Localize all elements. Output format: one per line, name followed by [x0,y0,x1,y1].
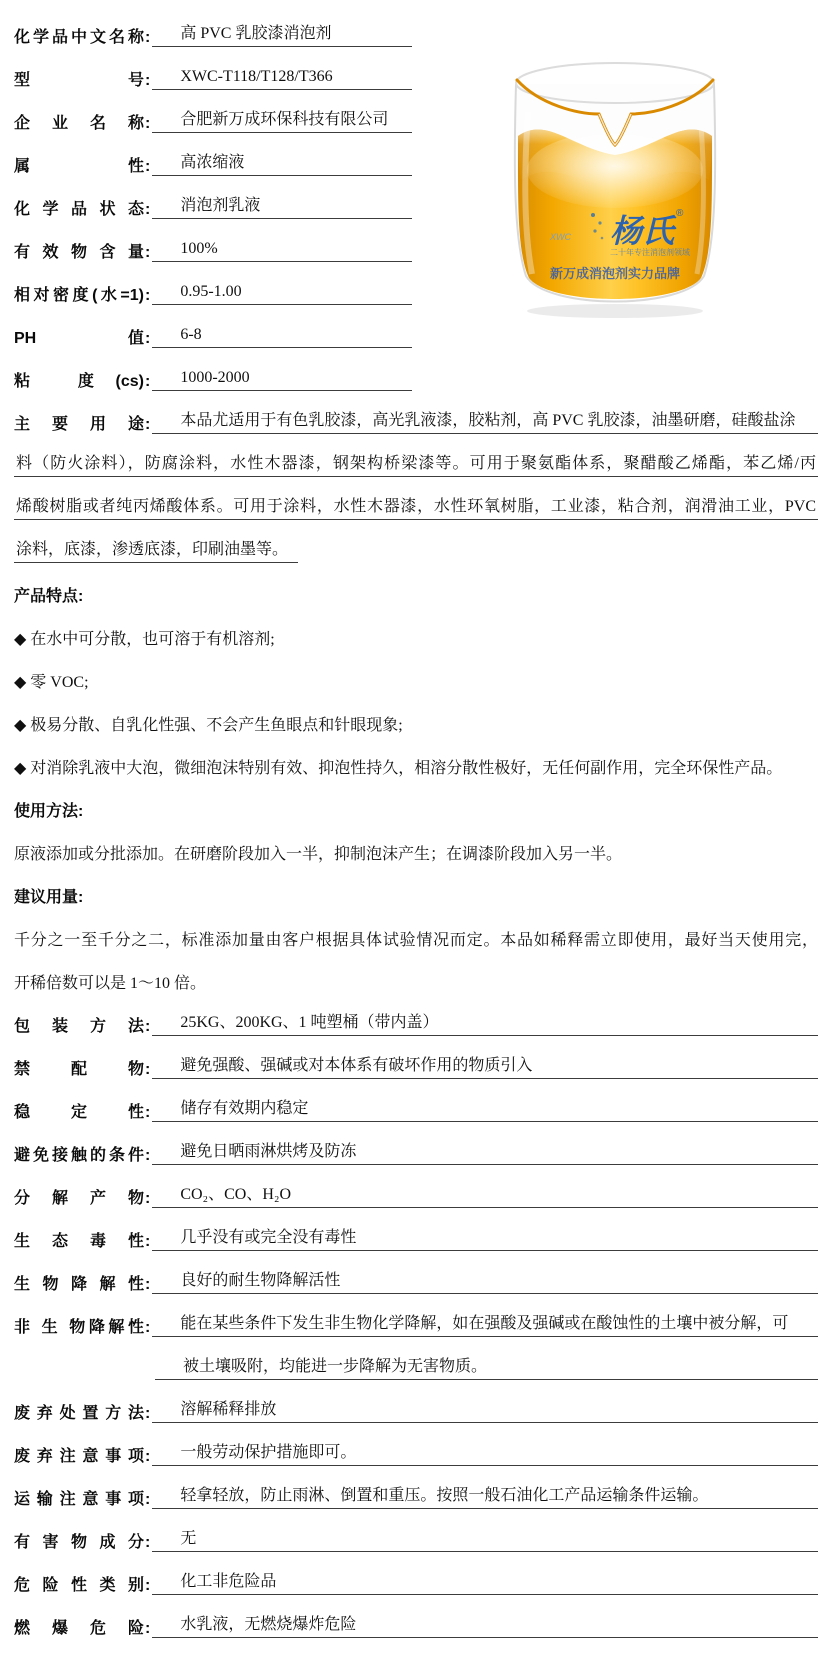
field-colon: : [144,1018,152,1036]
usage-method-text-row: 原液添加或分批添加。在研磨阶段加入一半，抑制泡沫产生；在调漆阶段加入另一半。 [14,821,818,864]
field-colon: : [144,287,152,305]
field-row-conditions-to-avoid: 避免接触的条件: 避免日晒雨淋烘烤及防冻 [14,1122,818,1165]
dosage-line-2-row: 开稀倍数可以是 1～10 倍。 [14,950,818,993]
field-row-fire-explosion-hazard: 燃 爆 危 险: 水乳液，无燃烧爆炸危险 [14,1595,818,1638]
usage-line-3: 烯酸树脂或者纯丙烯酸体系。可用于涂料，水性木器漆，水性环氧树脂，工业漆，粘合剂，… [14,498,818,520]
field-row-hazardous-components: 有 害 物 成 分: 无 [14,1509,818,1552]
usage-line-2-row: 料（防火涂料），防腐涂料，水性木器漆，钢架构桥梁漆等。可用于聚氨酯体系，聚醋酸乙… [14,434,818,477]
field-label: 生 态 毒 性 [14,1233,144,1251]
field-value: CO₂、CO、H₂O [152,1186,818,1208]
field-colon: : [144,1104,152,1122]
field-row-hazard-class: 危 险 性 类 别: 化工非危险品 [14,1552,818,1595]
field-colon: : [144,1061,152,1079]
field-value: 避免日晒雨淋烘烤及防冻 [152,1143,818,1165]
field-label: 化学品中文名称 [14,29,144,47]
field-label: PH 值 [14,330,144,348]
field-row-nonbio-degradability: 非 生 物降解性: 能在某些条件下发生非生物化学降解，如在强酸及强碱或在酸蚀性的… [14,1294,818,1337]
dosage-line-1-row: 千分之一至千分之二，标准添加量由客户根据具体试验情况而定。本品如稀释需立即使用，… [14,907,818,950]
dosage-heading: 建议用量: [14,864,818,907]
field-colon: : [144,244,152,262]
usage-method-text: 原液添加或分批添加。在研磨阶段加入一半，抑制泡沫产生；在调漆阶段加入另一半。 [14,846,622,864]
feature-bullet-text: ◆ 极易分散、自乳化性强、不会产生鱼眼点和针眼现象; [14,717,403,735]
field-colon: : [144,373,152,391]
field-label: 非 生 物降解性 [14,1319,144,1337]
field-value: 0.95-1.00 [152,283,412,305]
feature-bullet-text: ◆ 在水中可分散，也可溶于有机溶剂; [14,631,275,649]
beaker-shadow [527,304,703,318]
field-row-nonbio-degradability-cont: 被土壤吸附，均能进一步降解为无害物质。 [14,1337,818,1380]
features-heading: 产品特点: [14,563,818,606]
field-label: 相对密度(水=1) [14,287,144,305]
field-label: 企 业 名 称 [14,115,144,133]
field-value: 一般劳动保护措施即可。 [152,1444,818,1466]
field-row-transport-precautions: 运输注意事项: 轻拿轻放，防止雨淋、倒置和重压。按照一般石油化工产品运输条件运输… [14,1466,818,1509]
field-label: 生 物 降 解 性 [14,1276,144,1294]
usage-line-2: 料（防火涂料），防腐涂料，水性木器漆，钢架构桥梁漆等。可用于聚氨酯体系，聚醋酸乙… [14,455,818,477]
field-value: 几乎没有或完全没有毒性 [152,1229,818,1251]
field-label: 稳 定 性 [14,1104,144,1122]
field-label: 运输注意事项 [14,1491,144,1509]
field-colon: : [144,1448,152,1466]
field-row-packaging: 包 装 方 法: 25KG、200KG、1 吨塑桶（带内盖） [14,993,818,1036]
feature-bullet-2: ◆ 零 VOC; [14,649,818,692]
field-label: 有 效 物 含 量 [14,244,144,262]
field-row-disposal-precautions: 废弃注意事项: 一般劳动保护措施即可。 [14,1423,818,1466]
field-value: 消泡剂乳液 [152,197,412,219]
field-label: 属 性 [14,158,144,176]
field-value: 6-8 [152,326,412,348]
field-colon: : [144,1233,152,1251]
field-colon: : [144,29,152,47]
field-value: 溶解稀释排放 [152,1401,818,1423]
field-value: 1000-2000 [152,369,412,391]
field-colon: : [144,115,152,133]
features-heading-text: 产品特点: [14,588,83,606]
usage-line-1: 本品尤适用于有色乳胶漆，高光乳液漆，胶粘剂，高 PVC 乳胶漆，油墨研磨，硅酸盐… [152,412,818,434]
field-value: 轻拿轻放，防止雨淋、倒置和重压。按照一般石油化工产品运输条件运输。 [152,1487,818,1509]
watermark-xwc-text: XWC [549,232,571,242]
field-row-chemical-name: 化学品中文名称: 高 PVC 乳胶漆消泡剂 [14,4,818,47]
field-label: 包 装 方 法 [14,1018,144,1036]
field-colon: : [144,1190,152,1208]
usage-method-heading: 使用方法: [14,778,818,821]
field-value: 100% [152,240,412,262]
usage-method-heading-text: 使用方法: [14,803,83,821]
field-colon: : [144,1319,152,1337]
product-beaker-image: XWC 杨氏 ® 二十年专注消泡剂领域 新万成消泡剂实力品牌 [498,52,732,322]
field-value: 水乳液，无燃烧爆炸危险 [152,1616,818,1638]
field-colon: : [144,1147,152,1165]
field-label: 禁 配 物 [14,1061,144,1079]
field-row-viscosity: 粘 度(cs): 1000-2000 [14,348,818,391]
field-label: 主 要 用 途 [14,416,144,434]
usage-line-4-row: 涂料，底漆，渗透底漆，印刷油墨等。 [14,520,818,563]
brand-banner-text: 新万成消泡剂实力品牌 [550,266,680,281]
feature-bullet-3: ◆ 极易分散、自乳化性强、不会产生鱼眼点和针眼现象; [14,692,818,735]
field-colon: : [144,330,152,348]
field-value: 高 PVC 乳胶漆消泡剂 [152,25,412,47]
brand-tagline-text: 二十年专注消泡剂领域 [610,247,690,257]
field-row-biodegradability: 生 物 降 解 性: 良好的耐生物降解活性 [14,1251,818,1294]
usage-line-3-row: 烯酸树脂或者纯丙烯酸体系。可用于涂料，水性木器漆，水性环氧树脂，工业漆，粘合剂，… [14,477,818,520]
field-value: 化工非危险品 [152,1573,818,1595]
field-row-decomposition-products: 分 解 产 物: CO₂、CO、H₂O [14,1165,818,1208]
field-value: 25KG、200KG、1 吨塑桶（带内盖） [152,1014,818,1036]
field-row-ecotoxicity: 生 态 毒 性: 几乎没有或完全没有毒性 [14,1208,818,1251]
field-colon: : [144,1577,152,1595]
field-row-main-usage: 主 要 用 途: 本品尤适用于有色乳胶漆，高光乳液漆，胶粘剂，高 PVC 乳胶漆… [14,391,818,434]
usage-line-4: 涂料，底漆，渗透底漆，印刷油墨等。 [14,541,298,563]
field-label: 废弃注意事项 [14,1448,144,1466]
feature-bullet-text: ◆ 零 VOC; [14,674,89,692]
field-value: 高浓缩液 [152,154,412,176]
field-colon: : [144,158,152,176]
field-value: 避免强酸、强碱或对本体系有破坏作用的物质引入 [152,1057,818,1079]
field-value-line-1: 能在某些条件下发生非生物化学降解，如在强酸及强碱或在酸蚀性的土壤中被分解，可 [152,1315,818,1337]
dosage-line-2: 开稀倍数可以是 1～10 倍。 [14,975,206,993]
field-colon: : [144,1276,152,1294]
field-colon: : [144,416,152,434]
beaker-illustration: XWC 杨氏 ® 二十年专注消泡剂领域 新万成消泡剂实力品牌 [498,52,732,322]
field-row-stability: 稳 定 性: 储存有效期内稳定 [14,1079,818,1122]
field-colon: : [144,201,152,219]
field-label: 危 险 性 类 别 [14,1577,144,1595]
field-label: 避免接触的条件 [14,1147,144,1165]
field-colon: : [144,1491,152,1509]
field-colon: : [144,1620,152,1638]
field-value: 良好的耐生物降解活性 [152,1272,818,1294]
field-value: 合肥新万成环保科技有限公司 [152,111,412,133]
spec-document-page: 化学品中文名称: 高 PVC 乳胶漆消泡剂 型 号: XWC-T118/T128… [0,0,830,1674]
registered-mark: ® [676,208,684,219]
field-label: 粘 度(cs) [14,373,144,391]
field-value: 储存有效期内稳定 [152,1100,818,1122]
field-label: 燃 爆 危 险 [14,1620,144,1638]
field-colon: : [144,1405,152,1423]
field-colon: : [144,1534,152,1552]
field-label: 废弃处置方法 [14,1405,144,1423]
dosage-line-1: 千分之一至千分之二，标准添加量由客户根据具体试验情况而定。本品如稀释需立即使用，… [14,932,818,950]
field-colon: : [144,72,152,90]
field-row-disposal-method: 废弃处置方法: 溶解稀释排放 [14,1380,818,1423]
field-value-line-2: 被土壤吸附，均能进一步降解为无害物质。 [155,1358,818,1380]
feature-bullet-text: ◆ 对消除乳液中大泡，微细泡沫特别有效、抑泡性持久，相溶分散性极好，无任何副作用… [14,760,782,778]
field-row-incompatibles: 禁 配 物: 避免强酸、强碱或对本体系有破坏作用的物质引入 [14,1036,818,1079]
field-value: 无 [152,1530,818,1552]
feature-bullet-4: ◆ 对消除乳液中大泡，微细泡沫特别有效、抑泡性持久，相溶分散性极好，无任何副作用… [14,735,818,778]
field-label: 有 害 物 成 分 [14,1534,144,1552]
brand-name-text: 杨氏 [610,213,677,249]
field-label: 化 学 品 状 态 [14,201,144,219]
feature-bullet-1: ◆ 在水中可分散，也可溶于有机溶剂; [14,606,818,649]
field-label: 型 号 [14,72,144,90]
field-value: XWC-T118/T128/T366 [152,68,412,90]
field-label: 分 解 产 物 [14,1190,144,1208]
dosage-heading-text: 建议用量: [14,889,83,907]
